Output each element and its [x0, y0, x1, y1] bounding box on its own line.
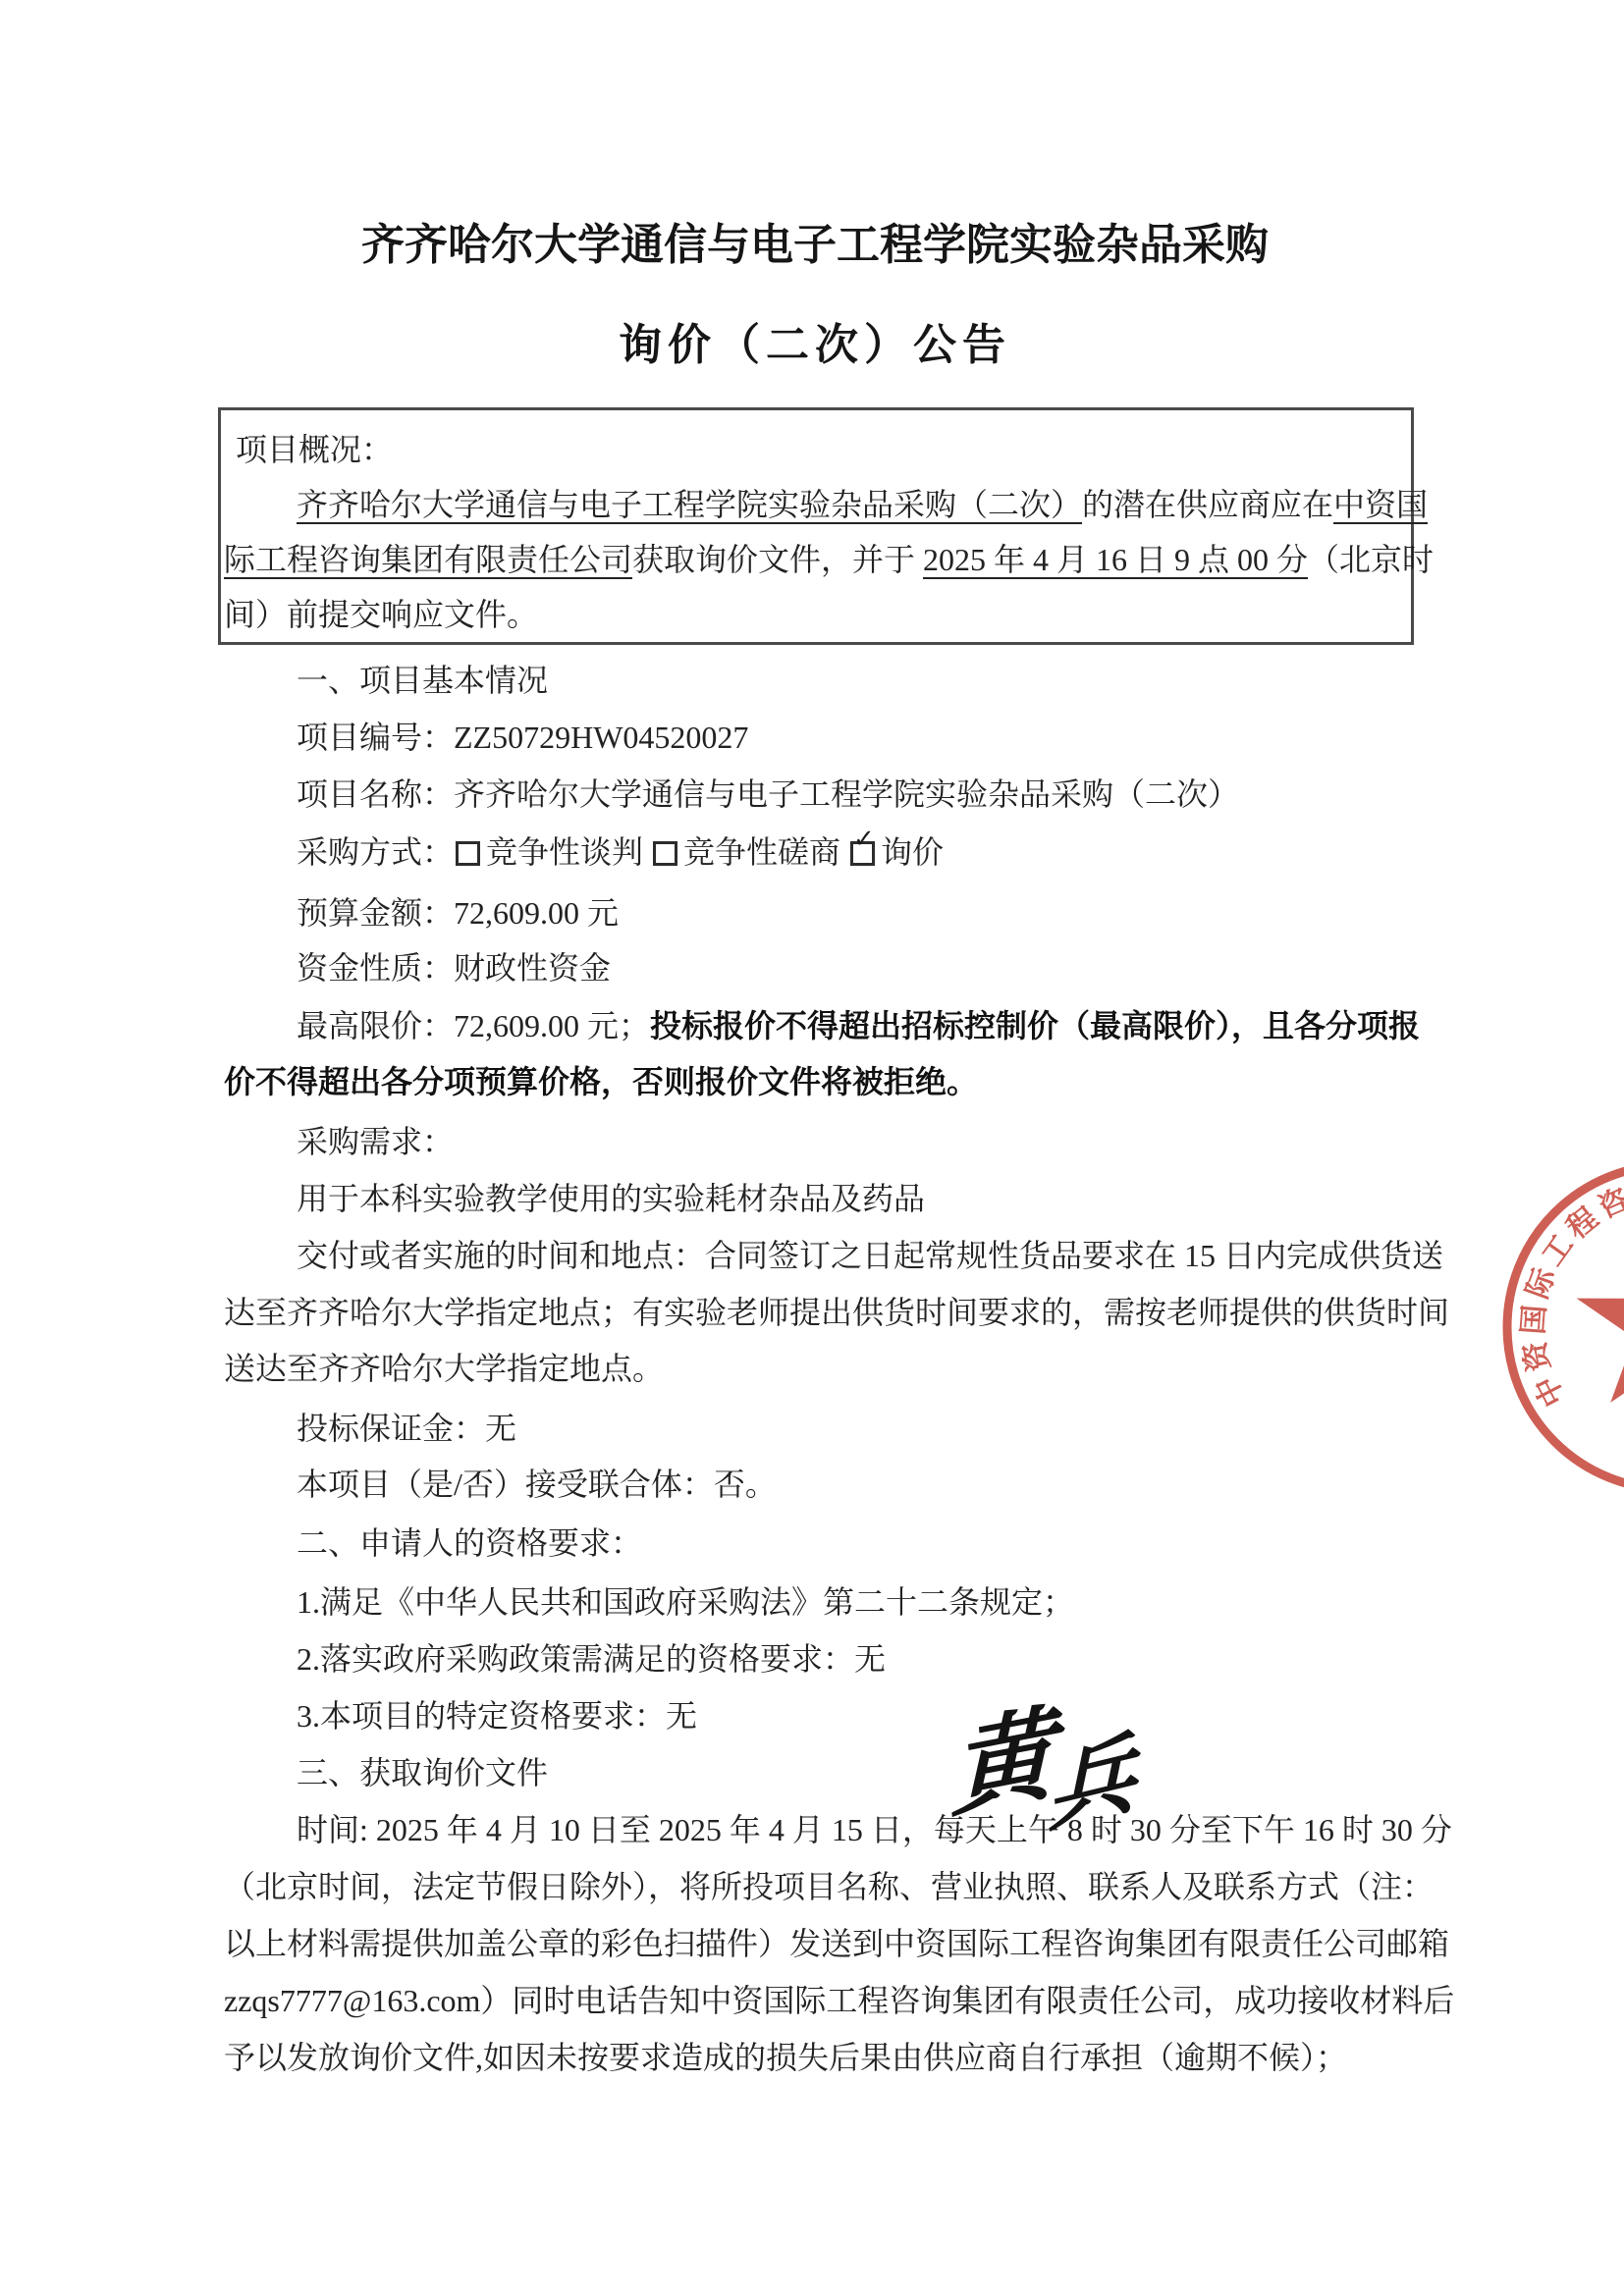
- text-line: 时间: 2025 年 4 月 10 日至 2025 年 4 月 15 日，每天上…: [297, 1802, 1452, 1857]
- text-line: 以上材料需提供加盖公章的彩色扫描件）发送到中资国际工程咨询集团有限责任公司邮箱: [224, 1916, 1449, 1971]
- text-line: 最高限价：72,609.00 元；投标报价不得超出招标控制价（最高限价），且各分…: [297, 998, 1420, 1053]
- text-line: 项目概况：: [236, 422, 393, 477]
- text-segment: 以上材料需提供加盖公章的彩色扫描件）发送到中资国际工程咨询集团有限责任公司邮箱: [224, 1926, 1449, 1961]
- text-segment: 采购需求：: [297, 1124, 454, 1159]
- company-seal-stamp: 中资国际工程咨询集团有限责任公司: [1449, 1125, 1624, 1547]
- text-line: 齐齐哈尔大学通信与电子工程学院实验杂品采购（二次）的潜在供应商应在中资国: [297, 477, 1428, 532]
- text-segment: 用于本科实验教学使用的实验耗材杂品及药品: [297, 1181, 925, 1216]
- text-line: 3.本项目的特定资格要求：无: [297, 1688, 697, 1743]
- text-segment: 本项目（是/否）接受联合体：否。: [297, 1467, 777, 1502]
- text-segment: 的潜在供应商应在: [1082, 487, 1333, 522]
- text-segment: 获取询价文件，并于: [632, 542, 923, 577]
- text-line: 本项目（是/否）接受联合体：否。: [297, 1457, 777, 1512]
- text-segment: 际工程咨询集团有限责任公司: [224, 542, 632, 577]
- checkbox-icon: [456, 841, 480, 866]
- text-line: 送达至齐齐哈尔大学指定地点。: [224, 1341, 664, 1396]
- text-line: 用于本科实验教学使用的实验耗材杂品及药品: [297, 1171, 925, 1226]
- text-line: 二、申请人的资格要求：: [297, 1516, 642, 1571]
- text-segment: 时间: 2025 年 4 月 10 日至 2025 年 4 月 15 日，每天上…: [297, 1812, 1452, 1847]
- text-line: 投标保证金：无: [297, 1401, 516, 1456]
- text-segment: 三、获取询价文件: [297, 1755, 548, 1790]
- text-segment: 投标报价不得超出招标控制价（最高限价），且各分项报: [650, 1008, 1420, 1043]
- text-line: 预算金额：72,609.00 元: [297, 885, 619, 940]
- text-line: 间）前提交响应文件。: [224, 587, 538, 642]
- text-segment: 一、项目基本情况: [297, 663, 548, 698]
- text-line: zzqs7777@163.com）同时电话告知中资国际工程咨询集团有限责任公司，…: [224, 1973, 1454, 2028]
- text-line: 予以发放询价文件,如因未按要求造成的损失后果由供应商自行承担（逾期不候）；: [224, 2030, 1347, 2085]
- text-segment: （北京时: [1308, 542, 1434, 577]
- text-line: 三、获取询价文件: [297, 1745, 548, 1800]
- text-segment: 2.落实政府采购政策需满足的资格要求：无: [297, 1641, 886, 1677]
- text-segment: 送达至齐齐哈尔大学指定地点。: [224, 1351, 664, 1386]
- text-segment: zzqs7777@163.com）同时电话告知中资国际工程咨询集团有限责任公司，…: [224, 1983, 1454, 2018]
- checkbox-icon: [653, 841, 677, 866]
- text-segment: 项目名称：齐齐哈尔大学通信与电子工程学院实验杂品采购（二次）: [297, 776, 1239, 812]
- text-segment: 二、申请人的资格要求：: [297, 1525, 642, 1561]
- svg-text:中资国际工程咨询集团有限责任公司: 中资国际工程咨询集团有限责任公司: [1517, 1174, 1624, 1414]
- text-line: 价不得超出各分项预算价格，否则报价文件将被拒绝。: [224, 1054, 978, 1109]
- document-title-line1: 齐齐哈尔大学通信与电子工程学院实验杂品采购: [218, 220, 1412, 271]
- text-segment: 投标保证金：无: [297, 1411, 516, 1446]
- text-line: 1.满足《中华人民共和国政府采购法》第二十二条规定；: [297, 1575, 1074, 1629]
- text-line: 资金性质：财政性资金: [297, 940, 611, 995]
- text-line: 采购需求：: [297, 1114, 454, 1169]
- text-line: 达至齐齐哈尔大学指定地点；有实验老师提出供货时间要求的，需按老师提供的供货时间: [224, 1285, 1449, 1340]
- checkbox-checked-icon: ✓: [850, 841, 875, 866]
- text-segment: 齐齐哈尔大学通信与电子工程学院实验杂品采购（二次）: [297, 487, 1082, 522]
- text-segment: 项目编号：ZZ50729HW04520027: [297, 720, 748, 755]
- text-segment: 中资国: [1333, 487, 1428, 522]
- text-line: 际工程咨询集团有限责任公司获取询价文件，并于 2025 年 4 月 16 日 9…: [224, 532, 1434, 587]
- text-segment: 2025 年 4 月 16 日 9 点 00 分: [923, 542, 1308, 577]
- text-line: 一、项目基本情况: [297, 653, 548, 708]
- text-segment: 予以发放询价文件,如因未按要求造成的损失后果由供应商自行承担（逾期不候）；: [224, 2040, 1347, 2075]
- text-segment: 最高限价：72,609.00 元；: [297, 1008, 650, 1043]
- text-segment: 询价: [881, 834, 944, 870]
- text-line: （北京时间，法定节假日除外），将所投项目名称、营业执照、联系人及联系方式（注：: [224, 1859, 1434, 1914]
- text-line: 采购方式：竞争性谈判 竞争性磋商 ✓询价: [297, 825, 944, 880]
- text-segment: 预算金额：72,609.00 元: [297, 895, 619, 931]
- text-segment: 竞争性谈判: [486, 834, 651, 870]
- text-segment: 交付或者实施的时间和地点：合同签订之日起常规性货品要求在 15 日内完成供货送: [297, 1238, 1443, 1273]
- text-segment: 资金性质：财政性资金: [297, 950, 611, 986]
- text-segment: 达至齐齐哈尔大学指定地点；有实验老师提出供货时间要求的，需按老师提供的供货时间: [224, 1295, 1449, 1330]
- text-segment: 竞争性磋商: [683, 834, 848, 870]
- text-line: 项目编号：ZZ50729HW04520027: [297, 710, 748, 765]
- document-page: 齐齐哈尔大学通信与电子工程学院实验杂品采购 询价（二次）公告 项目概况：齐齐哈尔…: [0, 0, 1624, 2296]
- text-line: 交付或者实施的时间和地点：合同签订之日起常规性货品要求在 15 日内完成供货送: [297, 1228, 1443, 1283]
- text-segment: 价不得超出各分项预算价格，否则报价文件将被拒绝。: [224, 1064, 978, 1099]
- text-segment: （北京时间，法定节假日除外），将所投项目名称、营业执照、联系人及联系方式（注：: [224, 1869, 1434, 1904]
- text-segment: 间）前提交响应文件。: [224, 597, 538, 632]
- text-segment: 采购方式：: [297, 834, 454, 870]
- text-segment: 项目概况：: [236, 432, 393, 467]
- text-segment: 3.本项目的特定资格要求：无: [297, 1698, 697, 1734]
- seal-company-text: 中资国际工程咨询集团有限责任公司: [1517, 1174, 1624, 1414]
- text-line: 项目名称：齐齐哈尔大学通信与电子工程学院实验杂品采购（二次）: [297, 767, 1239, 822]
- document-title-line2: 询价（二次）公告: [218, 320, 1412, 371]
- text-line: 2.落实政府采购政策需满足的资格要求：无: [297, 1631, 886, 1686]
- star-icon: [1577, 1241, 1624, 1403]
- text-segment: 1.满足《中华人民共和国政府采购法》第二十二条规定；: [297, 1584, 1074, 1620]
